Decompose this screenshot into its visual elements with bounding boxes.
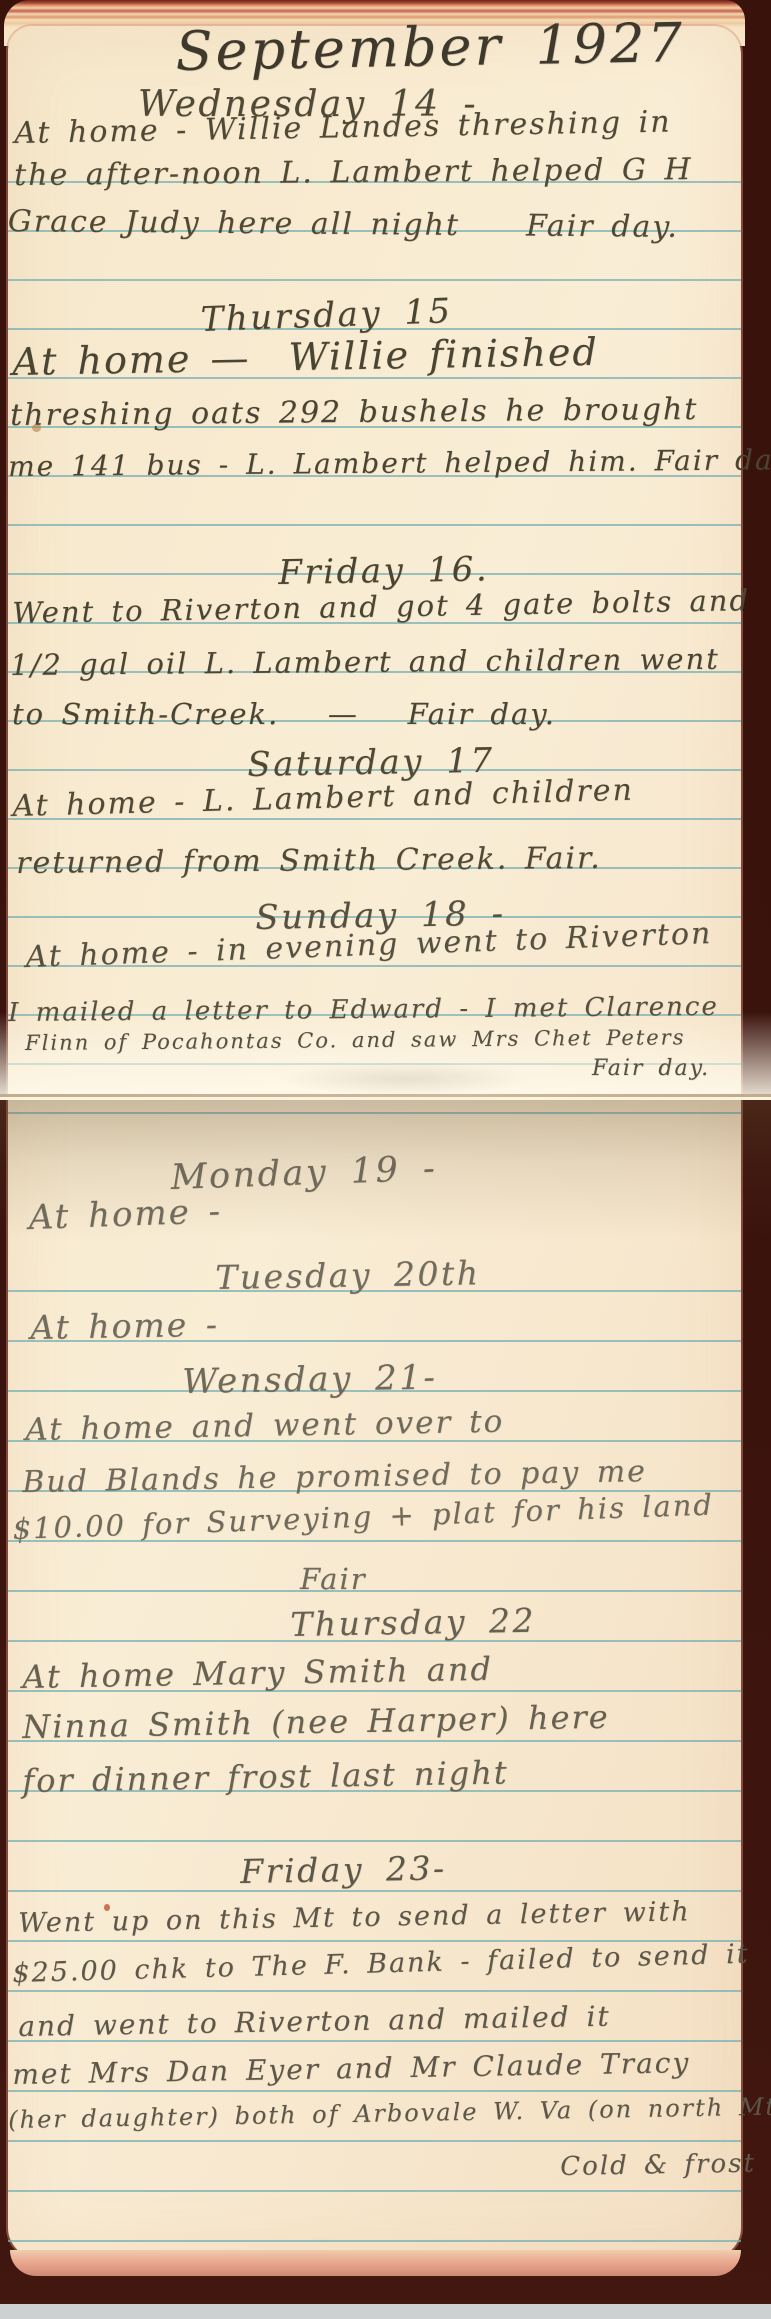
diary-line: I mailed a letter to Edward - I met Clar… [8, 992, 719, 1028]
ink-smudge [280, 1062, 530, 1096]
entry-date-heading: Wensday 21- [182, 1358, 438, 1402]
diary-line: met Mrs Dan Eyer and Mr Claude Tracy [12, 2046, 691, 2091]
diary-line: Flinn of Pocahontas Co. and saw Mrs Chet… [25, 1025, 686, 1055]
diary-line: Went to Riverton and got 4 gate bolts an… [12, 583, 750, 630]
diary-line: for dinner frost last night [22, 1754, 509, 1800]
entry-date-heading: Thursday 22 [290, 1601, 536, 1644]
entry-date-heading: Tuesday 20th [215, 1253, 481, 1297]
diary-line: Grace Judy here all night Fair day. [8, 204, 679, 245]
diary-line: At home - L. Lambert and children [12, 773, 634, 824]
diary-line: returned from Smith Creek. Fair. [16, 841, 602, 881]
diary-photo: September 1927 Wednesday 14 -At home - W… [0, 0, 771, 2319]
diary-line: and went to Riverton and mailed it [18, 2000, 611, 2043]
diary-line: At home - [30, 1305, 219, 1347]
diary-line: At home — Willie finished [12, 330, 599, 384]
diary-line: 1/2 gal oil L. Lambert and children went [10, 642, 720, 682]
diary-line: to Smith-Creek. — Fair day. [12, 697, 556, 731]
diary-line: $25.00 chk to The F. Bank - failed to se… [12, 1939, 750, 1989]
diary-line: Fair day. [592, 1056, 710, 1081]
diary-line: (her daughter) both of Arbovale W. Va (o… [8, 2092, 771, 2134]
page-fold-shadow [0, 1100, 771, 1240]
diary-line: At home - Willie Landes threshing in [14, 105, 672, 151]
diary-line: Went up on this Mt to send a letter with [18, 1896, 691, 1939]
page-title: September 1927 [175, 11, 685, 83]
diary-line: the after-noon L. Lambert helped G H [14, 152, 693, 193]
entry-date-heading: Friday 16. [278, 549, 490, 593]
diary-line: Cold & frost [560, 2149, 756, 2182]
diary-line: Fair [300, 1562, 367, 1596]
diary-line: Ninna Smith (nee Harper) here [22, 1698, 610, 1746]
diary-line: threshing oats 292 bushels he brought [10, 392, 698, 433]
diary-line: At home and went over to [25, 1404, 505, 1448]
entry-date-heading: Friday 23- [240, 1848, 447, 1891]
diary-line: me 141 bus - L. Lambert helped him. Fair… [8, 443, 771, 483]
diary-line: At home Mary Smith and [22, 1650, 493, 1696]
